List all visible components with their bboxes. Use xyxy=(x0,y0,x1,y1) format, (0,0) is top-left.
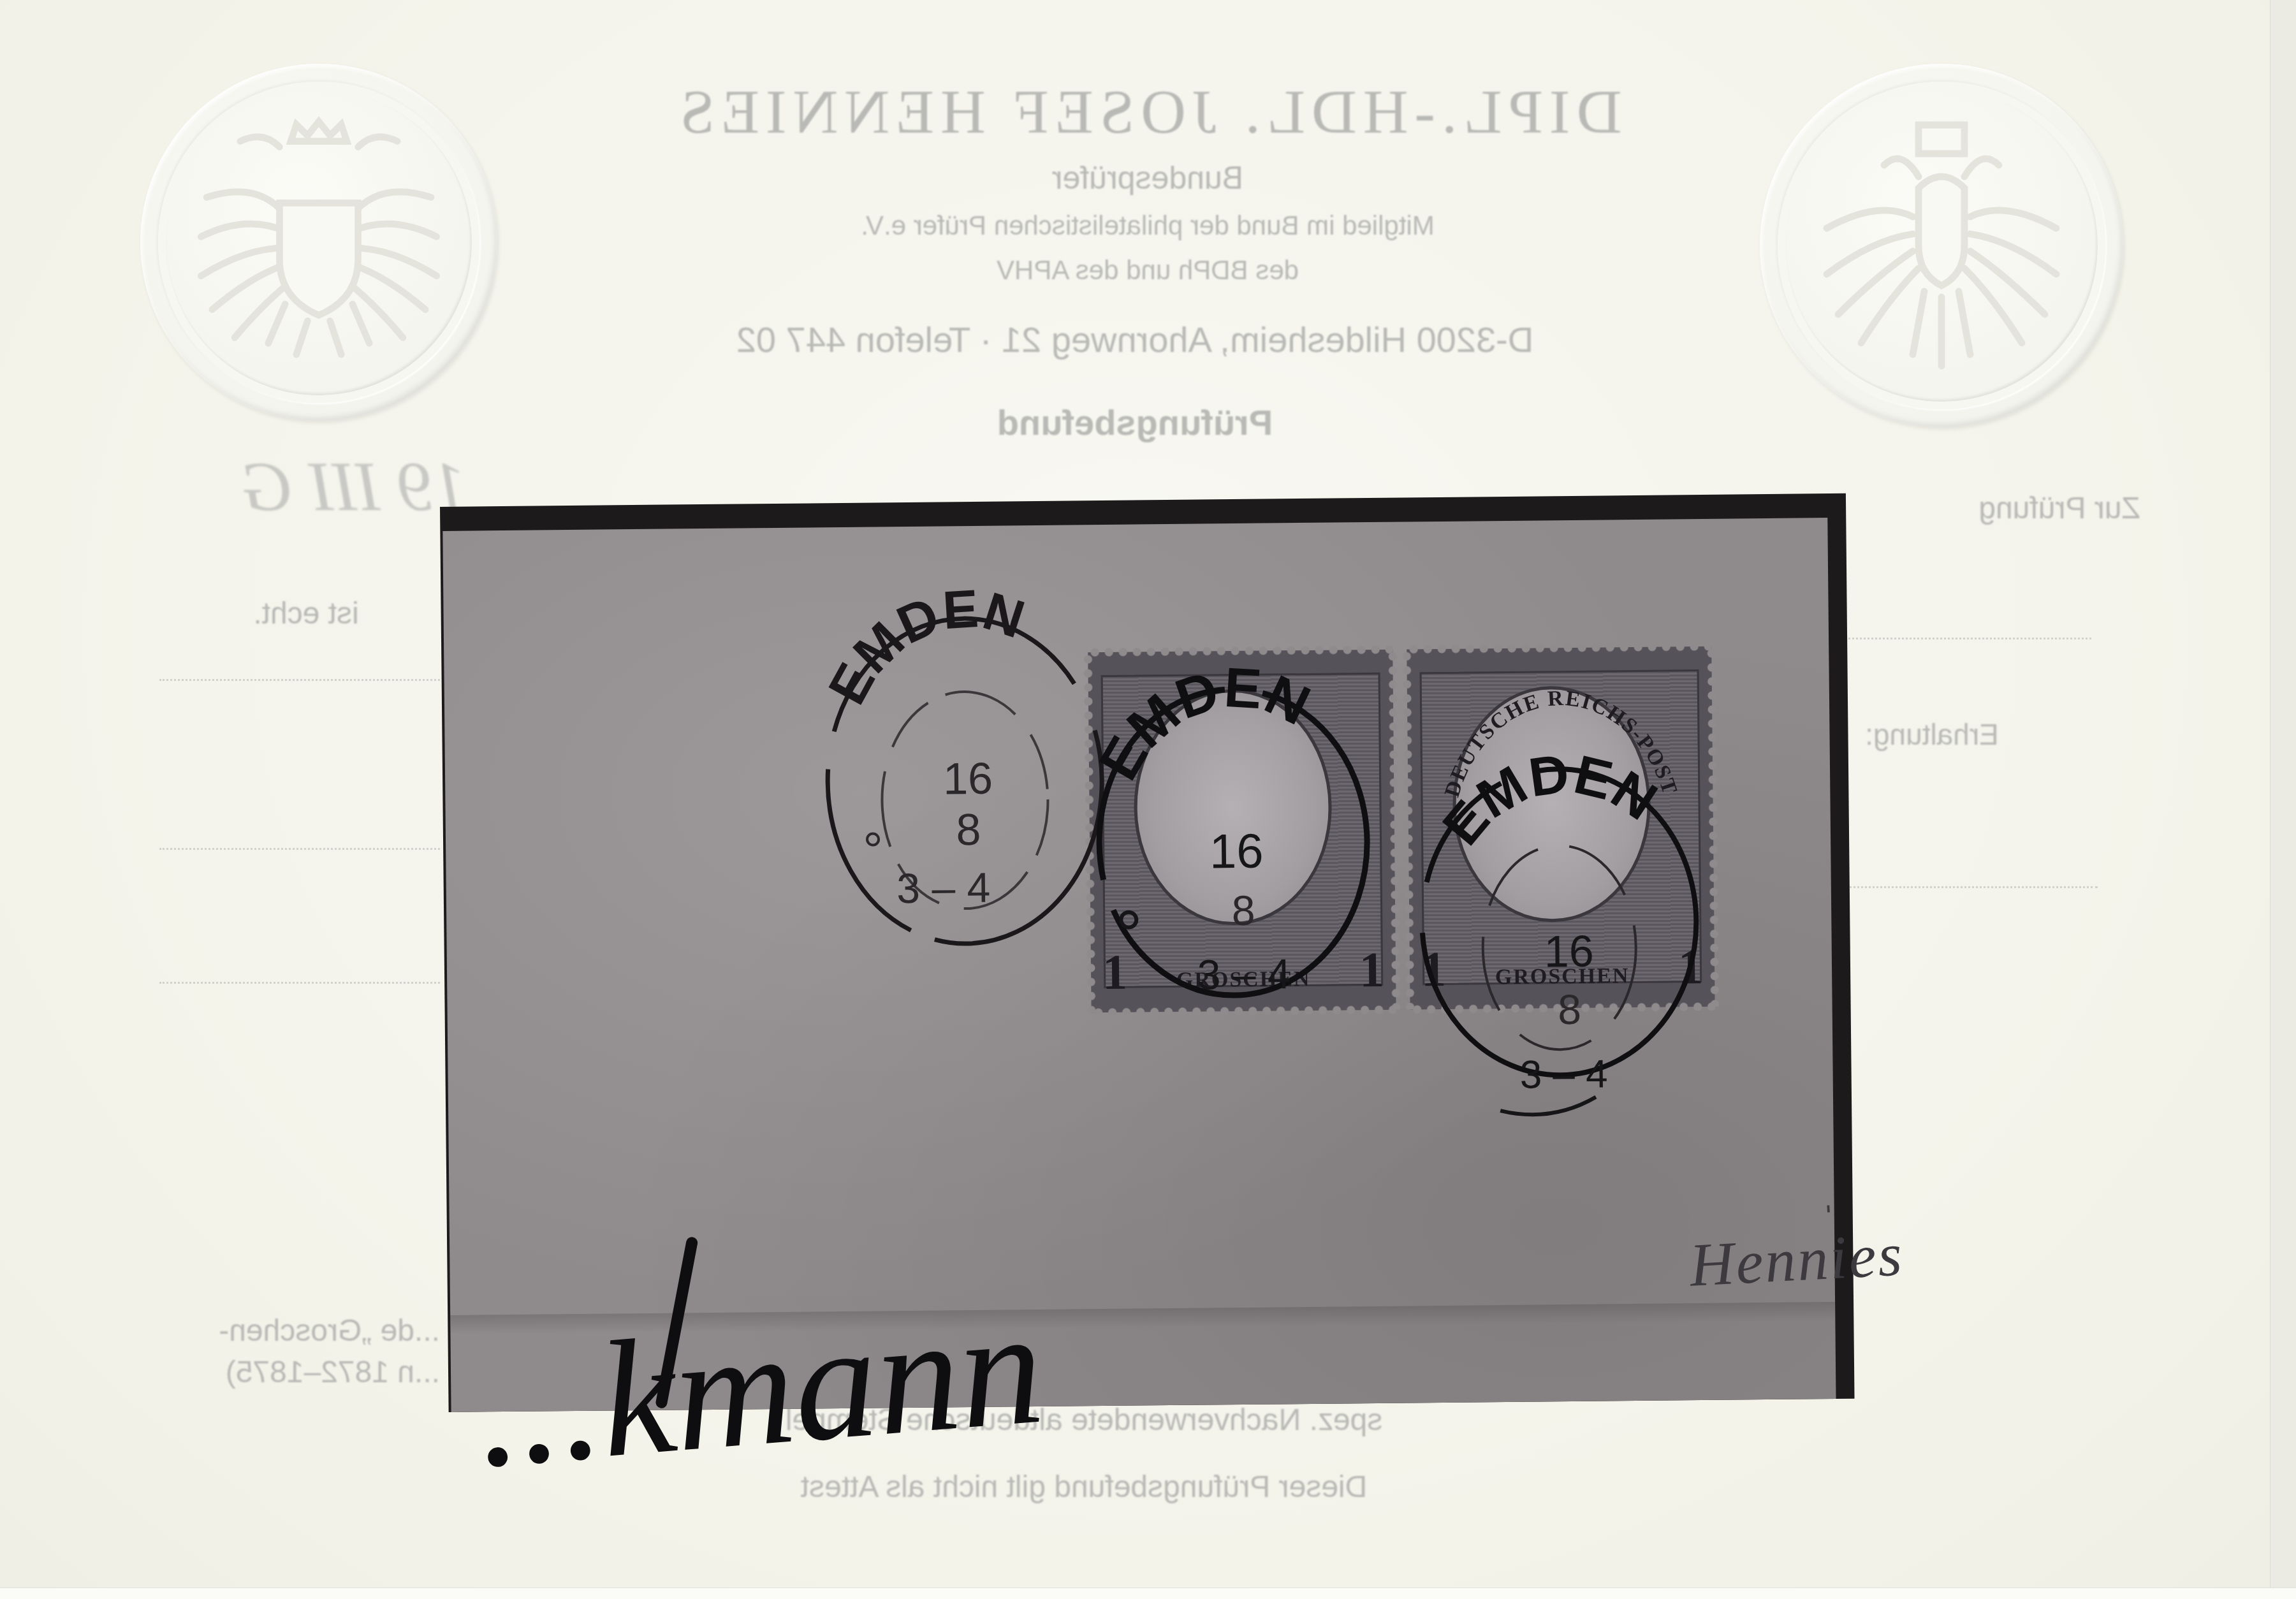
eagle-emblem xyxy=(1133,689,1333,926)
eagle-icon xyxy=(179,102,459,383)
letterhead-name: DIPL.-HDL. JOSEF HENNIES xyxy=(625,77,1671,148)
postmark-emden-1: EMDEN 16 8 3 – 4 xyxy=(814,608,1116,954)
certificate-heading: Prüfungsbefund xyxy=(944,402,1326,443)
stamp-inscription: DEUTSCHE REICHS-POST xyxy=(1407,646,1715,1010)
examiner-signature: Hennies ˈ xyxy=(1688,1218,1905,1300)
letterhead-title: Bundesprüfer xyxy=(995,159,1301,196)
stamp-denomination: GROSCHEN xyxy=(1410,963,1715,991)
embossed-seal-left xyxy=(140,64,497,421)
pencil-note: 19 III G xyxy=(242,446,468,527)
form-line xyxy=(159,982,440,984)
signature-accent: ˈ xyxy=(1820,1197,1839,1248)
cover-photograph: 1 1 GROSCHEN DEUTSCHE REICHS-POST 1 1 GR… xyxy=(440,493,1855,1412)
embossed-seal-right xyxy=(1760,64,2123,427)
footer-line-2: ...n 1872–1875) xyxy=(159,1355,440,1390)
svg-text:3 – 4: 3 – 4 xyxy=(1519,1052,1608,1097)
letterhead-membership-2: des BDPh und des APHV xyxy=(905,255,1390,286)
svg-text:3 – 4: 3 – 4 xyxy=(896,864,991,912)
form-line xyxy=(159,848,440,850)
svg-text:EMDEN: EMDEN xyxy=(815,578,1032,714)
scan-edge-right xyxy=(2270,0,2296,1599)
handwriting-stroke xyxy=(654,1243,706,1409)
footer-line-1: ...de „Groschen- xyxy=(159,1313,440,1348)
stamp-right: DEUTSCHE REICHS-POST 1 1 GROSCHEN xyxy=(1407,646,1715,1010)
form-result-suffix: ist echt. xyxy=(191,596,421,631)
form-remark-label: Erhaltung: xyxy=(1824,717,2040,752)
stamp-denomination: GROSCHEN xyxy=(1091,967,1396,994)
eagle-icon xyxy=(1798,102,2085,389)
svg-text:16: 16 xyxy=(943,754,993,804)
form-line xyxy=(1830,886,2098,888)
stamp-left: 1 1 GROSCHEN xyxy=(1088,650,1396,1013)
form-line xyxy=(1817,638,2091,639)
scan-edge-bottom xyxy=(0,1588,2296,1599)
form-field-intro: Zur Prüfung xyxy=(1977,491,2142,526)
letterhead-address: D-3200 Hildesheim, Ahornweg 21 · Telefon… xyxy=(612,319,1658,360)
svg-text:DEUTSCHE REICHS-POST: DEUTSCHE REICHS-POST xyxy=(1439,685,1682,800)
stamp-pair: 1 1 GROSCHEN DEUTSCHE REICHS-POST 1 1 GR… xyxy=(1088,646,1716,1012)
svg-text:8: 8 xyxy=(956,805,981,854)
letterhead-membership-1: Mitglied im Bund der philatelistischen P… xyxy=(701,210,1594,241)
form-line xyxy=(159,679,440,681)
